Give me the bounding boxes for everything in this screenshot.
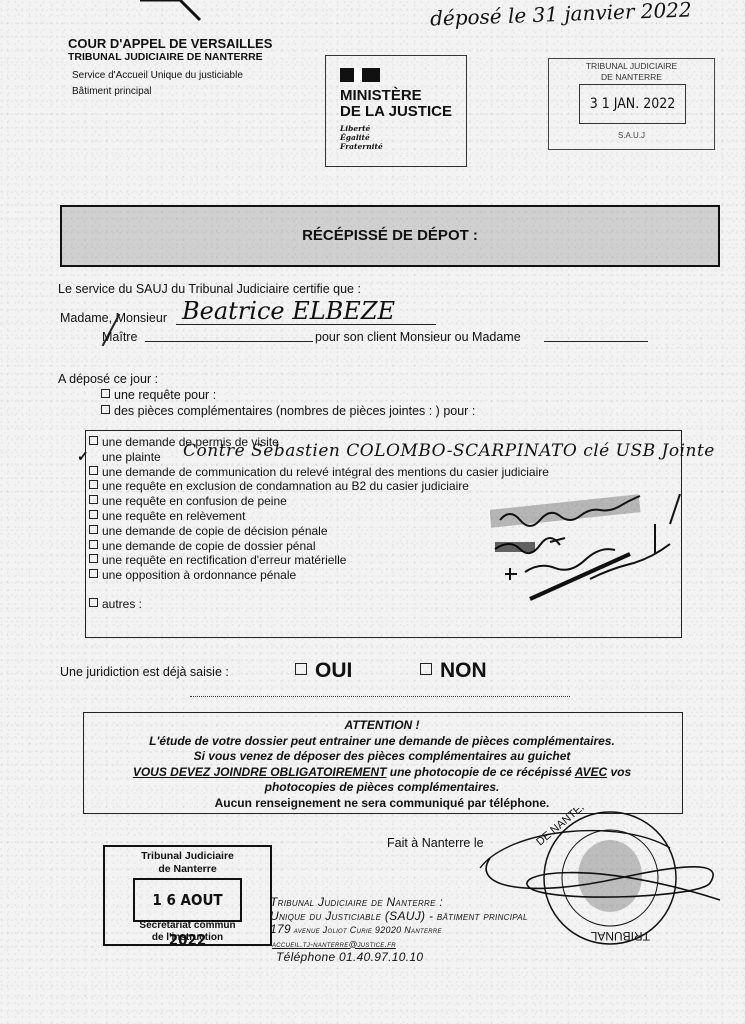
- stamp-line1: Tribunal Judiciaire: [105, 850, 270, 862]
- list-item-label: une demande de communication du relevé i…: [102, 465, 549, 479]
- list-item-label: autres :: [102, 597, 142, 611]
- street-address: avenue Joliot Curie 92020 Nanterre: [294, 925, 442, 935]
- checkbox-icon: [89, 598, 98, 607]
- attention-notice: ATTENTION ! L'étude de votre dossier peu…: [83, 718, 681, 811]
- court-name: COUR D'APPEL DE VERSAILLES: [68, 36, 272, 51]
- maitre-field-line: [145, 341, 313, 342]
- list-item: une demande de copie de dossier pénal: [89, 539, 549, 554]
- attention-line1: L'étude de votre dossier peut entrainer …: [83, 734, 681, 750]
- attention-avec: AVEC: [575, 765, 607, 779]
- ministry-motto: Liberté Égalité Fraternité: [340, 124, 383, 151]
- list-item-label: une requête en confusion de peine: [102, 494, 287, 508]
- list-item-label: une opposition à ordonnance pénale: [102, 568, 296, 582]
- checkbox-icon: [101, 405, 110, 414]
- checkbox-icon: [89, 466, 98, 475]
- street-number: 179: [270, 922, 291, 936]
- attention-line2: Si vous venez de déposer des pièces comp…: [83, 749, 681, 765]
- handwritten-complaint-detail: Contre Sebastien COLOMBO-SCARPINATO clé …: [183, 441, 715, 461]
- corner-fold-mark: [140, 0, 210, 22]
- list-item: une opposition à ordonnance pénale: [89, 568, 549, 583]
- client-field-line: [544, 341, 648, 342]
- marianne-flag-icon: [340, 68, 380, 82]
- checkbox-icon: [295, 663, 307, 675]
- stamp-line4: de l'instruction: [105, 932, 270, 943]
- deposit-option-request: une requête pour :: [101, 388, 216, 402]
- document-title: RÉCÉPISSÉ DE DÉPOT :: [62, 227, 718, 244]
- request-types-list: une demande de permis de visite une plai…: [89, 435, 549, 612]
- motto-liberte: Liberté: [340, 124, 383, 133]
- attention-line4: photocopies de pièces complémentaires.: [83, 780, 681, 796]
- motto-fraternite: Fraternité: [340, 142, 383, 151]
- motto-egalite: Égalité: [340, 133, 383, 142]
- checkbox-icon: [420, 663, 432, 675]
- checkbox-icon: [101, 389, 110, 398]
- service-name: Service d'Accueil Unique du justiciable: [72, 70, 243, 81]
- deposit-option-pieces: des pièces complémentaires (nombres de p…: [101, 404, 475, 418]
- jurisdiction-label: Une juridiction est déjà saisie :: [60, 665, 229, 679]
- yes-label: OUI: [315, 659, 352, 682]
- deposit-label: A déposé ce jour :: [58, 372, 158, 386]
- list-item: une requête en confusion de peine: [89, 494, 549, 509]
- label-client: pour son client Monsieur ou Madame: [315, 330, 521, 344]
- ministry-logo: MINISTÈRE DE LA JUSTICE Liberté Égalité …: [325, 55, 467, 167]
- instruction-date-stamp: Tribunal Judiciaire de Nanterre 1 6 AOUT…: [103, 845, 272, 946]
- list-item: une requête en relèvement: [89, 509, 549, 524]
- checkbox-icon: [89, 436, 98, 445]
- handwritten-scribble-annotation: [490, 494, 710, 604]
- certify-text: Le service du SAUJ du Tribunal Judiciair…: [58, 282, 361, 296]
- stamp-date: 1 6 AOUT 2022: [133, 878, 242, 922]
- list-item: une demande de communication du relevé i…: [89, 465, 549, 480]
- ministry-name-line2: DE LA JUSTICE: [340, 104, 452, 120]
- building-name: Bâtiment principal: [72, 86, 151, 97]
- stamp-line2: de Nanterre: [105, 863, 270, 875]
- list-item: une demande de copie de décision pénale: [89, 524, 549, 539]
- list-item: une requête en exclusion de condamnation…: [89, 479, 549, 494]
- ministry-name: MINISTÈRE DE LA JUSTICE: [340, 88, 452, 120]
- no-label: NON: [440, 659, 487, 682]
- list-item-label: une requête en exclusion de condamnation…: [102, 479, 469, 493]
- attention-text: vos: [607, 765, 631, 779]
- deposit-option-label: une requête pour :: [114, 388, 216, 402]
- checkbox-icon: [89, 495, 98, 504]
- attention-line3: VOUS DEVEZ JOINDRE OBLIGATOIREMENT une p…: [83, 765, 681, 781]
- attention-text: une photocopie de ce récépissé: [386, 765, 574, 779]
- phone-number: Téléphone 01.40.97.10.10: [276, 951, 528, 965]
- attention-emphasis: VOUS DEVEZ JOINDRE OBLIGATOIREMENT: [133, 765, 387, 779]
- list-item-label: une demande de copie de dossier pénal: [102, 539, 316, 553]
- handwritten-check-mark-icon: ✓: [77, 448, 89, 465]
- stamp-line1: TRIBUNAL JUDICIAIRE: [549, 61, 714, 71]
- official-seal-with-signature: DE NANTERRE TRIBUNAL: [470, 808, 730, 948]
- checkbox-icon: [89, 540, 98, 549]
- deposit-option-label: des pièces complémentaires (nombres de p…: [114, 404, 475, 418]
- jurisdiction-yes-option: OUI: [295, 659, 352, 683]
- received-date-stamp: TRIBUNAL JUDICIAIRE DE NANTERRE 3 1 JAN.…: [548, 58, 715, 150]
- jurisdiction-no-option: NON: [420, 659, 487, 683]
- tribunal-name: TRIBUNAL JUDICIAIRE DE NANTERRE: [68, 51, 263, 63]
- list-item-label: une requête en rectification d'erreur ma…: [102, 553, 346, 567]
- list-item: une requête en rectification d'erreur ma…: [89, 553, 549, 568]
- stamp-line3: S.A.U.J: [549, 131, 714, 140]
- label-maitre: Maître: [102, 330, 137, 344]
- checkbox-icon: [89, 554, 98, 563]
- list-item-others: autres :: [89, 597, 549, 612]
- title-banner: RÉCÉPISSÉ DE DÉPOT :: [60, 205, 720, 267]
- stamp-date: 3 1 JAN. 2022: [579, 84, 686, 124]
- dotted-separator: [190, 696, 570, 697]
- list-item-label: une demande de copie de décision pénale: [102, 524, 328, 538]
- checkbox-icon: [89, 525, 98, 534]
- checked-checkbox-icon: [89, 451, 98, 460]
- ministry-name-line1: MINISTÈRE: [340, 88, 452, 104]
- svg-text:TRIBUNAL: TRIBUNAL: [590, 929, 650, 943]
- attention-title: ATTENTION !: [83, 718, 681, 734]
- checkbox-icon: [89, 569, 98, 578]
- list-item-label: une plainte: [102, 450, 161, 464]
- handwritten-name: Beatrice ELBEZE: [182, 297, 395, 325]
- stamp-line3: Secrétariat commun: [105, 920, 270, 931]
- checkbox-icon: [89, 480, 98, 489]
- checkbox-icon: [89, 510, 98, 519]
- handwritten-deposit-note: déposé le 31 janvier 2022: [430, 0, 692, 31]
- list-item-label: une requête en relèvement: [102, 509, 245, 523]
- stamp-line2: DE NANTERRE: [549, 72, 714, 82]
